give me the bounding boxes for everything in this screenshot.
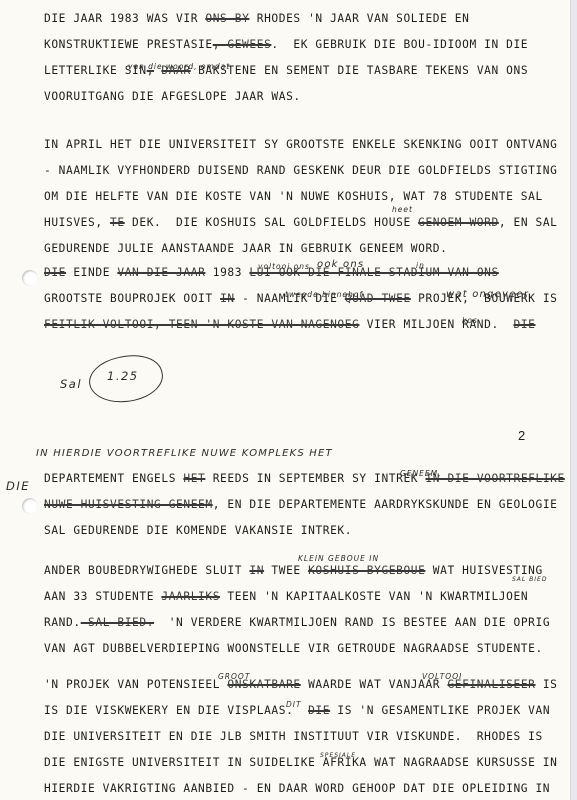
struck-text: nuwe huisvesting geneem [44, 498, 213, 511]
text-run: twee [264, 564, 308, 577]
text-run: einde [66, 266, 117, 279]
text-run: is [536, 678, 558, 691]
text-run: van agt dubbelverdieping woonstelle vir … [44, 642, 543, 655]
text-line: rand. sal bied. 'n Verdere kwartmiljoen … [44, 616, 550, 629]
text-run: die universiteit en die JLB Smith Instit… [44, 730, 543, 743]
text-run: die enigste universiteit in Suidelike Af… [44, 756, 557, 769]
annotation: In hierdie voortreflike nuwe kompleks he… [36, 448, 333, 459]
text-run: huisves, [44, 216, 110, 229]
annotation: klein geboue in [298, 554, 379, 563]
text-run: , en die Departemente Aardrykskunde en G… [213, 498, 558, 511]
annotation: groot [218, 672, 250, 681]
annotation: spesiale [320, 752, 356, 759]
text-run: , en sal [499, 216, 558, 229]
struck-text: jaarliks [161, 590, 220, 603]
annotation: Die [6, 479, 30, 493]
struck-text: ons by [205, 12, 249, 25]
text-run: gedurende Julie aanstaande jaar in gebru… [44, 242, 447, 255]
text-run: 1983 [205, 266, 249, 279]
text-line: sal gedurende die komende vakansie intre… [44, 524, 352, 537]
struck-text: het [183, 472, 205, 485]
text-run: teen 'n kapitaalkoste van 'n kwartmiljoe… [220, 590, 528, 603]
text-run: . Ek gebruik die bou-idioom in die [271, 38, 528, 51]
struck-text: Die [513, 318, 535, 331]
text-line: gedurende Julie aanstaande jaar in gebru… [44, 242, 447, 255]
annotation: van die woord, omdat [128, 62, 230, 71]
document-page: Die jaar 1983 was vir ons by Rhodes 'n j… [0, 0, 571, 800]
struck-text: koshuis-bygeboue [308, 564, 425, 577]
annotation: voltooi [422, 672, 462, 681]
struck-text: in [220, 292, 235, 305]
struck-text: sal bied. [81, 616, 154, 629]
text-run: grootste bouprojek ooit [44, 292, 220, 305]
text-line: Die jaar 1983 was vir ons by Rhodes 'n j… [44, 12, 469, 25]
text-run: Rhodes 'n jaar van soliede en [249, 12, 469, 25]
annotation: in [416, 261, 425, 270]
text-run: is die viskwekery en die visplaas. [44, 704, 308, 717]
annotation: wat ongeveer [446, 289, 529, 300]
text-run: bakstene en sement die tasbare tekens va… [191, 64, 528, 77]
annotation: 1.25 [107, 369, 139, 383]
text-run: In April het die Universiteit sy grootst… [44, 138, 557, 151]
text-line: huisves, te dek. Die koshuis sal Goldfie… [44, 216, 558, 229]
text-line: 'n Projek van potensieel onskatbare waar… [44, 678, 558, 691]
text-line: vooruitgang die afgeslope jaar was. [44, 90, 301, 103]
annotation: voltooi ons [258, 262, 310, 271]
text-run: rand. [44, 616, 81, 629]
text-run: konstruktiewe prestasie [44, 38, 213, 51]
text-run: vooruitgang die afgeslope jaar was. [44, 90, 301, 103]
text-run: is 'n gesamentlike projek van [330, 704, 550, 717]
text-run: Ander boubedrywighede sluit [44, 564, 249, 577]
text-line: die enigste universiteit in Suidelike Af… [44, 756, 557, 769]
text-line: nuwe huisvesting geneem, en die Departem… [44, 498, 557, 511]
text-line: - naamlik vyfhonderd duisend rand gesken… [44, 164, 557, 177]
punch-hole [22, 498, 38, 514]
text-line: letterlike sin, daar bakstene en sement … [44, 64, 528, 77]
text-line: Ander boubedrywighede sluit in twee kosh… [44, 564, 543, 577]
text-line: konstruktiewe prestasie, gewees. Ek gebr… [44, 38, 528, 51]
annotation: geneem, [400, 469, 442, 478]
annotation: kos [462, 316, 478, 325]
text-run: hierdie vakrigting aanbied - en daar wor… [44, 782, 550, 795]
text-line: om die helfte van die koste van 'n nuwe … [44, 190, 543, 203]
struck-text: feitlik voltooi, teen 'n koste van nagen… [44, 318, 359, 331]
struck-text: , gewees [213, 38, 272, 51]
text-run: Departement Engels [44, 472, 183, 485]
struck-text: in [249, 564, 264, 577]
text-run: aan 33 studente [44, 590, 161, 603]
text-run: dek. Die koshuis sal Goldfields House [125, 216, 418, 229]
struck-text: genoem word [418, 216, 499, 229]
struck-text: in die voortreflike [425, 472, 564, 485]
text-line: hierdie vakrigting aanbied - en daar wor… [44, 782, 550, 795]
text-run: vier miljoen rand. [359, 318, 513, 331]
annotation: Sal [60, 377, 82, 391]
text-line: Departement Engels het reeds in Septembe… [44, 472, 565, 485]
annotation: dit [286, 700, 302, 709]
text-run: Die jaar 1983 was vir [44, 12, 205, 25]
text-run: sal gedurende die komende vakansie intre… [44, 524, 352, 537]
text-run: 'n Projek van potensieel [44, 678, 227, 691]
text-line: In April het die Universiteit sy grootst… [44, 138, 557, 151]
text-run: om die helfte van die koste van 'n nuwe … [44, 190, 543, 203]
punch-hole [22, 270, 38, 286]
struck-text: Die [308, 704, 330, 717]
text-line: aan 33 studente jaarliks teen 'n kapitaa… [44, 590, 528, 603]
text-line: die universiteit en die JLB Smith Instit… [44, 730, 543, 743]
text-run: - naamlik vyfhonderd duisend rand gesken… [44, 164, 557, 177]
annotation: heet [392, 205, 413, 214]
annotation: tweede binnehof [285, 290, 363, 299]
text-run: 'n Verdere kwartmiljoen rand is bestee a… [154, 616, 550, 629]
struck-text: Die [44, 266, 66, 279]
struck-text: te [110, 216, 125, 229]
annotation: ook ons [317, 259, 364, 270]
text-run: reeds in September sy intrek [205, 472, 425, 485]
annotation: sal bied [512, 576, 547, 583]
page-number: 2 [518, 428, 525, 443]
struck-text: van die jaar [117, 266, 205, 279]
text-line: van agt dubbelverdieping woonstelle vir … [44, 642, 543, 655]
